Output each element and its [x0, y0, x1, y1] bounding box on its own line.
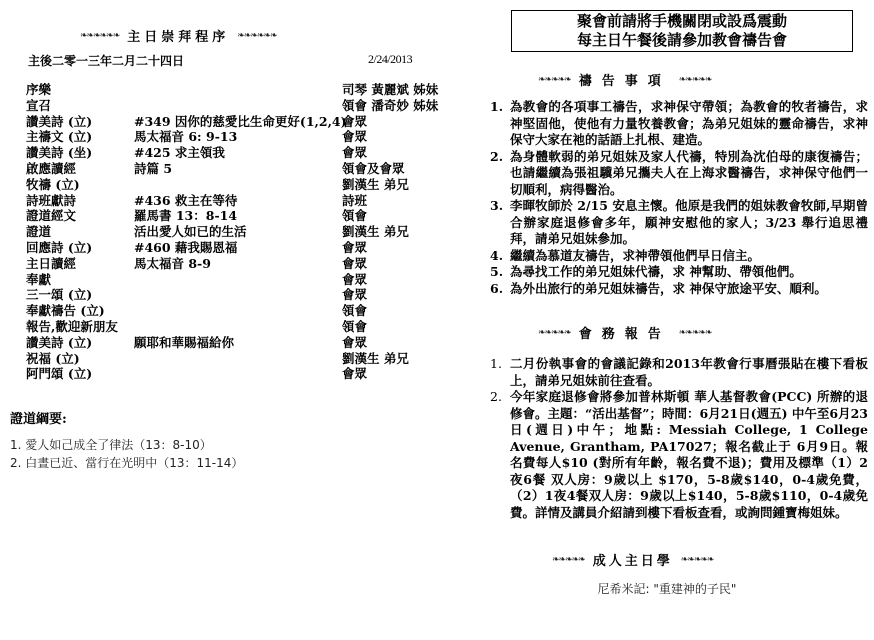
program-leader: 領會	[342, 303, 367, 319]
prayer-item-text: 李暉牧師於 2/15 安息主懷。他原是我們的姐妹教會牧師,早期曾合辦家庭退修會多…	[510, 198, 868, 246]
program-item: 奉獻禱告 (立)	[26, 303, 105, 319]
affairs-item-number: 2.	[490, 389, 502, 406]
ornament-right-icon: ❧❧❧❧❧	[679, 75, 712, 85]
prayer-item-text: 為外出旅行的弟兄姐妹禱告，求 神保守旅途平安、順利。	[510, 281, 827, 296]
program-leader: 會眾	[342, 114, 367, 130]
prayer-item-number: 1.	[490, 99, 503, 116]
program-leader: 司琴 黃麗斌 姊妹	[342, 82, 438, 98]
phone-notice-box: 聚會前請將手機關閉或設爲震動 每主日午餐後請參加教會禱告會	[511, 10, 853, 52]
program-leader: 詩班	[342, 193, 367, 209]
sermon-outline-list: 1. 愛人如己成全了律法（13：8-10） 2. 白晝已近、當行在光明中（13：…	[10, 436, 243, 472]
program-item: 詩班獻詩	[26, 193, 76, 209]
prayer-item: 1.為教會的各項事工禱告，求神保守帶領；為教會的牧者禱告，求神堅固他，使他有力量…	[476, 99, 868, 149]
program-content: #425 求主領我	[134, 145, 225, 161]
program-content: #460 藉我賜恩福	[134, 240, 237, 256]
program-leader: 領會	[342, 319, 367, 335]
program-content: 馬太福音 8-9	[134, 256, 211, 272]
program-row: 三一頌 (立)會眾	[26, 287, 446, 303]
program-row: 讚美詩 (坐)#425 求主領我會眾	[26, 145, 446, 161]
program-leader: 會眾	[342, 145, 367, 161]
program-leader: 會眾	[342, 240, 367, 256]
prayer-heading: ❧❧❧❧❧ 禱告事項 ❧❧❧❧❧	[538, 70, 711, 89]
adult-school-heading: ❧❧❧❧❧ 成人主日學 ❧❧❧❧❧	[552, 550, 713, 569]
ornament-left-icon: ❧❧❧❧❧❧	[80, 31, 119, 41]
program-item: 讚美詩 (立)	[26, 114, 92, 130]
program-item: 證道	[26, 224, 51, 240]
prayer-item-text: 為教會的各項事工禱告，求神保守帶領；為教會的牧者禱告，求神堅固他，使他有力量牧養…	[510, 99, 868, 147]
program-leader: 領會 潘奇妙 姊妹	[342, 98, 438, 114]
program-item: 主禱文 (立)	[26, 129, 92, 145]
program-row: 證道活出愛人如已的生活劉漢生 弟兄	[26, 224, 446, 240]
ornament-right-icon: ❧❧❧❧❧❧	[237, 31, 276, 41]
program-item: 序樂	[26, 82, 51, 98]
program-row: 序樂司琴 黃麗斌 姊妹	[26, 82, 446, 98]
program-row: 詩班獻詩#436 救主在等待詩班	[26, 193, 446, 209]
program-leader: 會眾	[342, 272, 367, 288]
program-item: 讚美詩 (立)	[26, 335, 92, 351]
program-row: 讚美詩 (立)#349 因你的慈愛比生命更好(1,2,4)會眾	[26, 114, 446, 130]
program-item: 報告,歡迎新朋友	[26, 319, 118, 335]
date-row: 主後二零一三年二月二十四日 2/24/2013	[28, 52, 428, 69]
program-row: 主日讀經馬太福音 8-9會眾	[26, 256, 446, 272]
program-content: 詩篇 5	[134, 161, 172, 177]
program-row: 讚美詩 (立)願耶和華賜福給你會眾	[26, 335, 446, 351]
program-item: 回應詩 (立)	[26, 240, 92, 256]
ornament-left-icon: ❧❧❧❧❧	[538, 328, 571, 338]
affairs-item: 2.今年家庭退修會將參加普林斯頓 華人基督教會(PCC) 所辦的退修會。主題：“…	[476, 389, 868, 521]
affairs-item: 1.二月份執事會的會議記錄和2013年教會行事曆張貼在樓下看板上，請弟兄姐妹前往…	[476, 356, 868, 389]
program-leader: 會眾	[342, 287, 367, 303]
date-chinese: 主後二零一三年二月二十四日	[28, 54, 184, 68]
program-content: 羅馬書 13：8-14	[134, 208, 237, 224]
affairs-list: 1.二月份執事會的會議記錄和2013年教會行事曆張貼在樓下看板上，請弟兄姐妹前往…	[476, 356, 868, 521]
program-list: 序樂司琴 黃麗斌 姊妹 宣召領會 潘奇妙 姊妹 讚美詩 (立)#349 因你的慈…	[26, 82, 446, 382]
program-content: 願耶和華賜福給你	[134, 335, 234, 351]
sermon-point: 1. 愛人如己成全了律法（13：8-10）	[10, 436, 243, 454]
program-row: 證道經文羅馬書 13：8-14領會	[26, 208, 446, 224]
program-row: 牧禱 (立)劉漢生 弟兄	[26, 177, 446, 193]
affairs-title: 會務報告	[579, 323, 671, 342]
sermon-outline-title: 證道綱要:	[10, 408, 67, 427]
program-leader: 會眾	[342, 129, 367, 145]
program-item: 牧禱 (立)	[26, 177, 80, 193]
program-row: 祝福 (立)劉漢生 弟兄	[26, 351, 446, 367]
program-leader: 會眾	[342, 366, 367, 382]
program-row: 阿門頌 (立)會眾	[26, 366, 446, 382]
worship-heading: ❧❧❧❧❧❧ 主日崇拜程序 ❧❧❧❧❧❧	[80, 26, 277, 45]
prayer-item-number: 2.	[490, 149, 503, 166]
program-content: 活出愛人如已的生活	[134, 224, 247, 240]
program-leader: 會眾	[342, 256, 367, 272]
program-row: 宣召領會 潘奇妙 姊妹	[26, 98, 446, 114]
ornament-right-icon: ❧❧❧❧❧	[681, 555, 714, 565]
worship-title: 主日崇拜程序	[127, 26, 229, 45]
prayer-title: 禱告事項	[579, 70, 671, 89]
prayer-item-text: 為身體軟弱的弟兄姐妹及家人代禱，特別為沈伯母的康復禱告；也請繼續為張祖驥弟兄攜夫…	[510, 149, 868, 197]
program-item: 阿門頌 (立)	[26, 366, 92, 382]
program-item: 主日讀經	[26, 256, 76, 272]
affairs-item-number: 1.	[490, 356, 502, 373]
program-leader: 領會及會眾	[342, 161, 405, 177]
program-item: 讚美詩 (坐)	[26, 145, 92, 161]
program-item: 啟應讀經	[26, 161, 76, 177]
program-leader: 劉漢生 弟兄	[342, 177, 409, 193]
program-row: 主禱文 (立)馬太福音 6: 9-13會眾	[26, 129, 446, 145]
program-content: 馬太福音 6: 9-13	[134, 129, 237, 145]
program-item: 證道經文	[26, 208, 76, 224]
program-item: 奉獻	[26, 272, 51, 288]
prayer-item: 3.李暉牧師於 2/15 安息主懷。他原是我們的姐妹教會牧師,早期曾合辦家庭退修…	[476, 198, 868, 248]
announcements-page: 聚會前請將手機關閉或設爲震動 每主日午餐後請參加教會禱告會 ❧❧❧❧❧ 禱告事項…	[460, 0, 874, 640]
program-content: #349 因你的慈愛比生命更好(1,2,4)	[134, 114, 347, 130]
prayer-item-text: 繼續為慕道友禱告，求神帶領他們早日信主。	[510, 248, 760, 263]
adult-school-title: 成人主日學	[593, 550, 673, 569]
program-row: 報告,歡迎新朋友領會	[26, 319, 446, 335]
ornament-left-icon: ❧❧❧❧❧	[538, 75, 571, 85]
program-leader: 領會	[342, 208, 367, 224]
program-row: 回應詩 (立)#460 藉我賜恩福會眾	[26, 240, 446, 256]
prayer-item: 4.繼續為慕道友禱告，求神帶領他們早日信主。	[476, 248, 868, 265]
program-item: 祝福 (立)	[26, 351, 80, 367]
affairs-item-text: 二月份執事會的會議記錄和2013年教會行事曆張貼在樓下看板上，請弟兄姐妹前往查看…	[510, 356, 868, 388]
program-item: 三一頌 (立)	[26, 287, 92, 303]
prayer-item: 5.為尋找工作的弟兄姐妹代禱，求 神幫助、帶領他們。	[476, 264, 868, 281]
program-content: #436 救主在等待	[134, 193, 237, 209]
prayer-item-text: 為尋找工作的弟兄姐妹代禱，求 神幫助、帶領他們。	[510, 264, 802, 279]
prayer-item: 6.為外出旅行的弟兄姐妹禱告，求 神保守旅途平安、順利。	[476, 281, 868, 298]
program-row: 奉獻禱告 (立)領會	[26, 303, 446, 319]
program-row: 啟應讀經詩篇 5領會及會眾	[26, 161, 446, 177]
program-row: 奉獻會眾	[26, 272, 446, 288]
prayer-item-number: 6.	[490, 281, 503, 298]
prayer-list: 1.為教會的各項事工禱告，求神保守帶領；為教會的牧者禱告，求神堅固他，使他有力量…	[476, 99, 868, 297]
prayer-item: 2.為身體軟弱的弟兄姐妹及家人代禱，特別為沈伯母的康復禱告；也請繼續為張祖驥弟兄…	[476, 149, 868, 199]
worship-program-page: ❧❧❧❧❧❧ 主日崇拜程序 ❧❧❧❧❧❧ 主後二零一三年二月二十四日 2/24/…	[0, 0, 450, 640]
program-leader: 會眾	[342, 335, 367, 351]
adult-school-topic: 尼希米記: "重建神的子民"	[460, 580, 874, 597]
affairs-item-text: 今年家庭退修會將參加普林斯頓 華人基督教會(PCC) 所辦的退修會。主題：“活出…	[510, 389, 868, 520]
affairs-heading: ❧❧❧❧❧ 會務報告 ❧❧❧❧❧	[538, 323, 711, 342]
program-leader: 劉漢生 弟兄	[342, 351, 409, 367]
notice-line-2: 每主日午餐後請參加教會禱告會	[512, 31, 852, 50]
program-leader: 劉漢生 弟兄	[342, 224, 409, 240]
prayer-item-number: 5.	[490, 264, 503, 281]
prayer-item-number: 4.	[490, 248, 503, 265]
ornament-right-icon: ❧❧❧❧❧	[679, 328, 712, 338]
date-numeric: 2/24/2013	[368, 52, 412, 67]
sermon-point: 2. 白晝已近、當行在光明中（13：11-14）	[10, 454, 243, 472]
ornament-left-icon: ❧❧❧❧❧	[552, 555, 585, 565]
program-item: 宣召	[26, 98, 51, 114]
prayer-item-number: 3.	[490, 198, 503, 215]
notice-line-1: 聚會前請將手機關閉或設爲震動	[512, 12, 852, 31]
